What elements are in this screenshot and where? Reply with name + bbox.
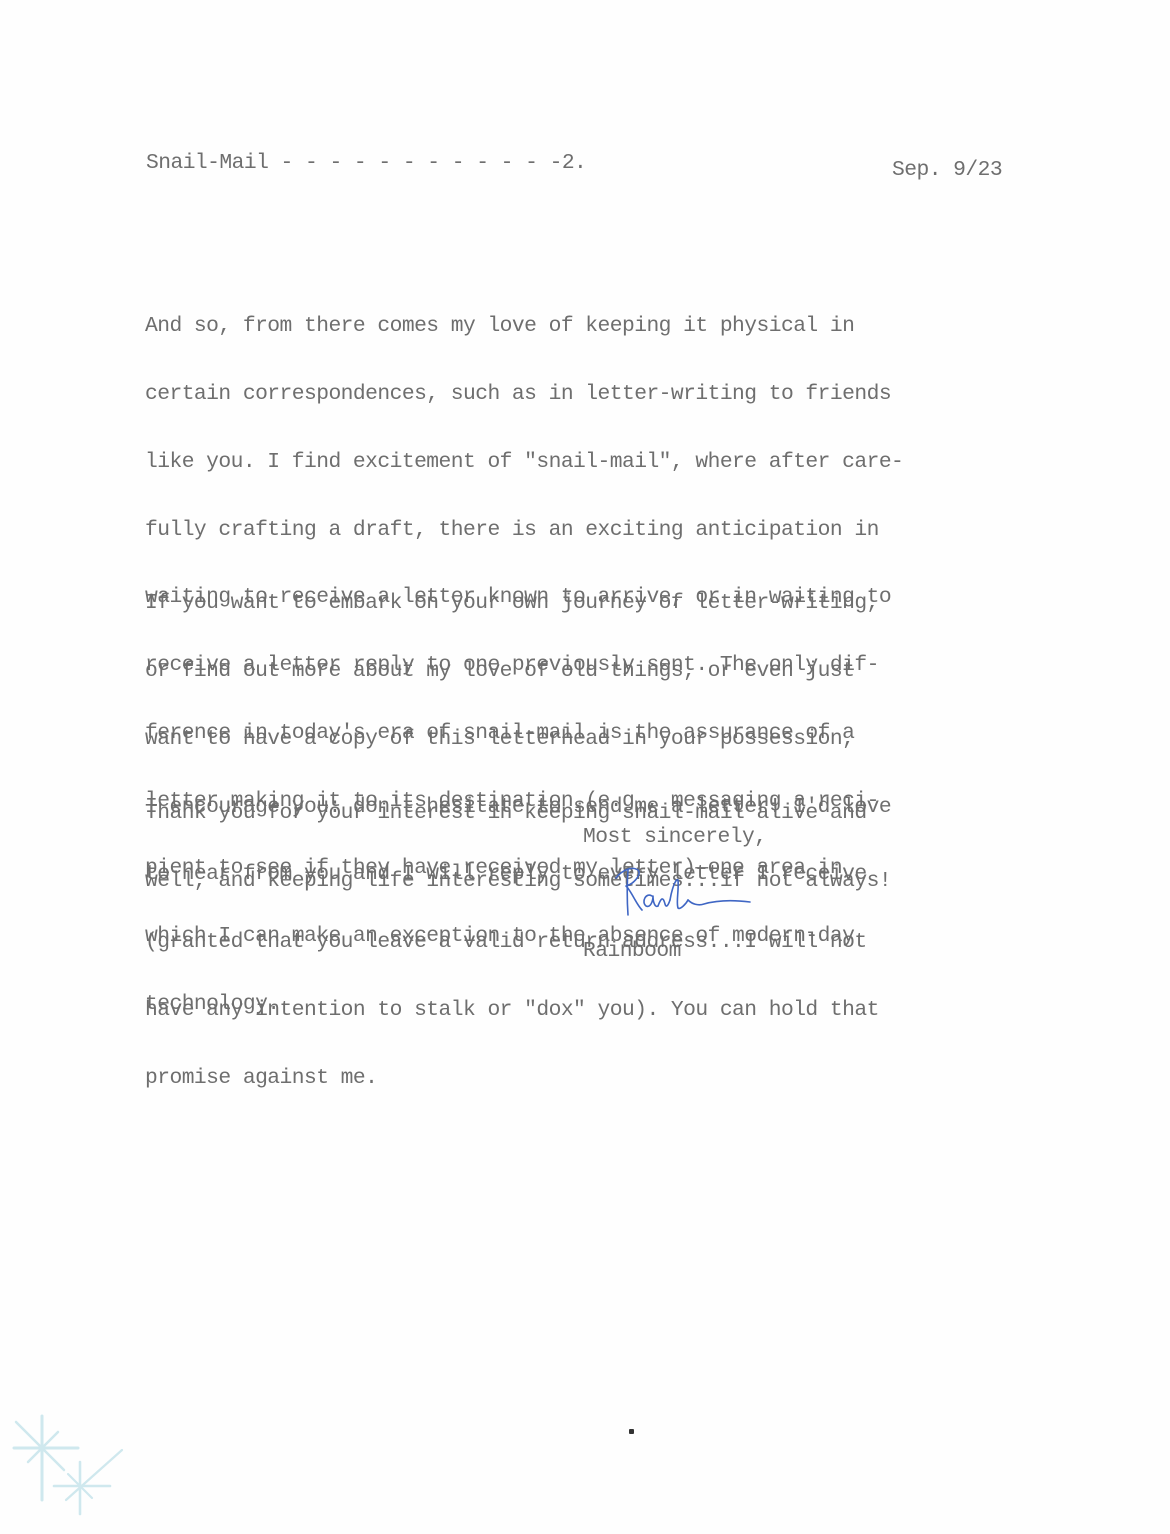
- text-line: like you. I find excitement of "snail-ma…: [145, 451, 903, 474]
- text-line: or find out more about my love of old th…: [145, 660, 891, 683]
- letter-date: Sep. 9/23: [892, 159, 1002, 182]
- page-header-running-title: Snail-Mail - - - - - - - - - - - -2.: [146, 152, 586, 175]
- stray-ink-dot: [629, 1429, 634, 1434]
- handwritten-signature: [608, 860, 758, 925]
- letter-page: Snail-Mail - - - - - - - - - - - -2. Sep…: [0, 0, 1170, 1534]
- text-line: well, and keeping life interesting somet…: [145, 870, 891, 893]
- text-line: If you want to embark on your own journe…: [145, 592, 891, 615]
- text-line: Thank you for your interest in keeping s…: [145, 802, 891, 825]
- typed-signer-name: Rainboom: [583, 940, 681, 963]
- body-paragraph-3: Thank you for your interest in keeping s…: [145, 757, 891, 938]
- text-line: promise against me.: [145, 1067, 891, 1090]
- text-line: fully crafting a draft, there is an exci…: [145, 519, 903, 542]
- closing-salutation: Most sincerely,: [583, 826, 766, 849]
- text-line: want to have a copy of this letterhead i…: [145, 728, 891, 751]
- text-line: And so, from there comes my love of keep…: [145, 315, 903, 338]
- text-line: have any intention to stalk or "dox" you…: [145, 999, 891, 1022]
- text-line: certain correspondences, such as in lett…: [145, 383, 903, 406]
- sparkle-stars-icon: [0, 1390, 160, 1534]
